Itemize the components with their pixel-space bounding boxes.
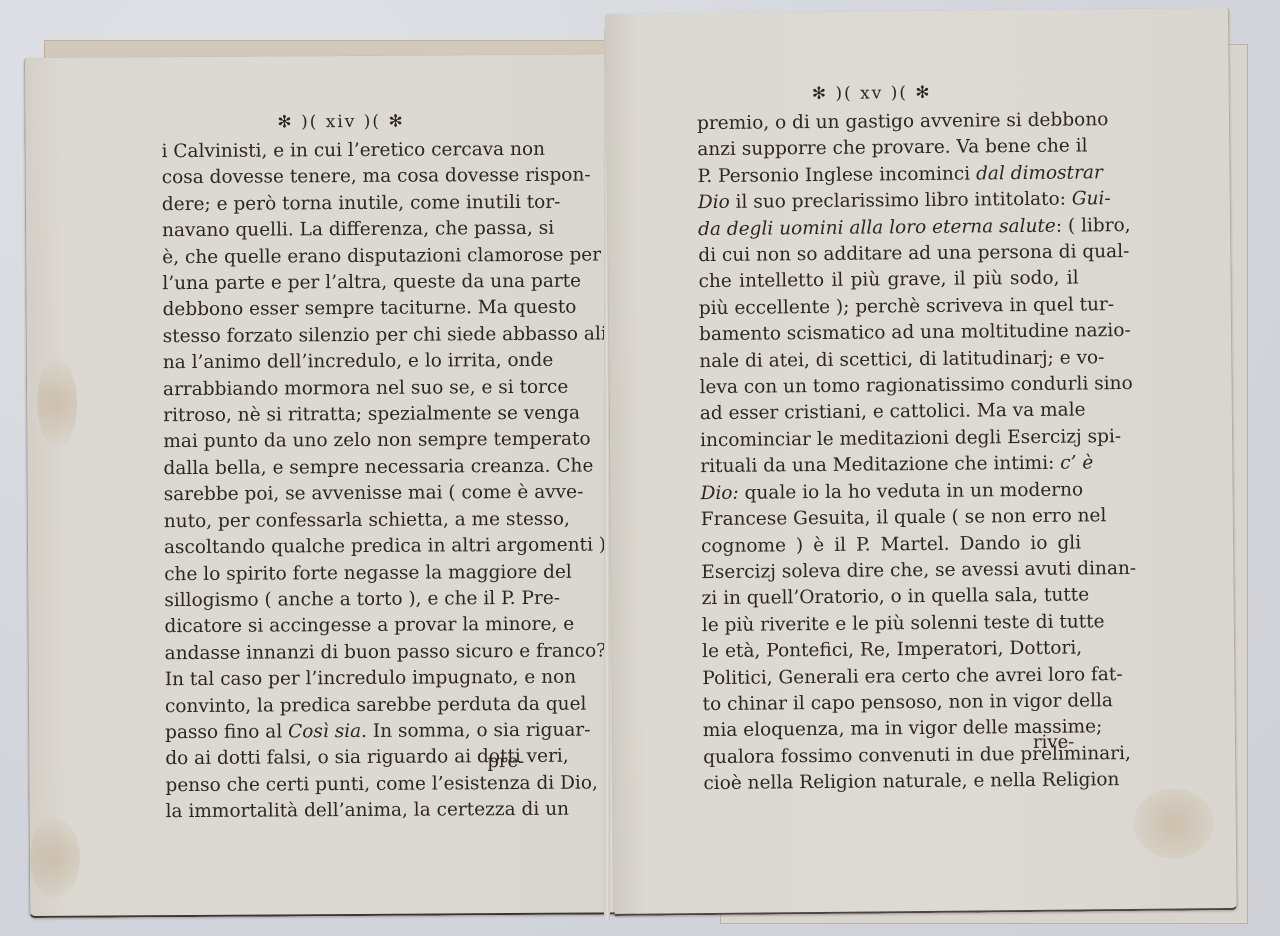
text-line: più eccellente ); perchè scriveva in que… [699,292,1079,322]
text-line: Dio: quale io la ho veduta in un moderno [700,477,1080,507]
left-page: ✻ )( xiv )( ✻ i Calvinisti, e in cui l’e… [24,54,636,918]
text-line: do ai dotti falsi, o sia riguardo ai dot… [165,744,533,773]
text-line: penso che certi punti, come l’esistenza … [165,771,533,800]
text-line: Politici, Generali era certo che avrei l… [702,662,1082,692]
text-line: che intelletto il più grave, il più sodo… [698,266,1078,296]
text-line: di cui non so additare ad una persona di… [698,240,1078,270]
text-line: nale di atei, di scettici, di latitudina… [699,345,1079,375]
text-line: mai punto da uno zelo non sempre tempera… [163,427,531,456]
right-page: ✻ )( xv )( ✻ premio, o di un gastigo avv… [606,8,1238,916]
text-line: che lo spirito forte negasse la maggiore… [164,559,532,588]
text-line: incominciar le meditazioni degli Eserciz… [700,424,1080,454]
text-line: mia eloquenza, ma in vigor delle massime… [703,715,1083,745]
text-line: premio, o di un gastigo avvenire si debb… [697,107,1077,137]
text-line: le più riverite e le più solenni teste d… [702,609,1082,639]
text-line: Dio il suo preclarissimo libro intitolat… [698,187,1078,217]
text-line: arrabbiando mormora nel suo se, e si tor… [163,375,531,404]
text-line: leva con un tomo ragionatissimo condurli… [699,372,1079,402]
text-line: navano quelli. La differenza, che passa,… [162,216,530,245]
text-line: cognome ) è il P. Martel. Dando io gli [701,530,1081,560]
text-line: le età, Pontefici, Re, Imperatori, Dotto… [702,636,1082,666]
text-line: sillogismo ( anche a torto ), e che il P… [164,586,532,615]
text-line: cosa dovesse tenere, ma cosa dovesse ris… [162,163,530,192]
text-line: na l’animo dell’incredulo, e lo irrita, … [163,348,531,377]
text-line: dalla bella, e sempre necessaria creanza… [163,454,531,483]
text-line: anzi supporre che provare. Va bene che i… [697,134,1077,164]
catchword-left: pre- [487,751,524,772]
text-line: ad esser cristiani, e cattolici. Ma va m… [700,398,1080,428]
text-line: qualora fossimo convenuti in due prelimi… [703,741,1083,771]
text-line: sarebbe poi, se avvenisse mai ( come è a… [164,480,532,509]
text-line: to chinar il capo pensoso, non in vigor … [703,688,1083,718]
text-line: dere; e però torna inutile, come inutili… [162,190,530,219]
text-line: cioè nella Religion naturale, e nella Re… [703,768,1083,798]
text-line: Francese Gesuita, il quale ( se non erro… [701,504,1081,534]
text-line: da degli uomini alla loro eterna salute:… [698,213,1078,243]
text-line: passo fino al Così sia. In somma, o sia … [165,718,533,747]
foxing-stain [37,358,78,448]
text-line: Esercizj soleva dire che, se avessi avut… [701,556,1081,586]
text-line: rituali da una Meditazione che intimi: c… [700,451,1080,481]
text-line: zi in quell’Oratorio, o in quella sala, … [701,583,1081,613]
text-line: nuto, per confessarla schietta, a me ste… [164,507,532,536]
text-line: è, che quelle erano disputazioni clamoro… [162,243,530,272]
foxing-stain [30,818,80,898]
running-head-left: ✻ )( xiv )( ✻ [277,112,404,133]
text-line: P. Personio Inglese incominci dal dimost… [697,160,1077,190]
catchword-right: rive- [1033,732,1074,753]
text-line: ascoltando qualche predica in altri argo… [164,533,532,562]
text-line: convinto, la predica sarebbe perduta da … [165,691,533,720]
text-line: stesso forzato silenzio per chi siede ab… [163,322,531,351]
text-line: la immortalità dell’anima, la certezza d… [166,797,534,826]
text-line: andasse innanzi di buon passo sicuro e f… [165,639,533,668]
text-line: i Calvinisti, e in cui l’eretico cercava… [161,137,529,166]
text-line: dicatore si accingesse a provar la minor… [164,612,532,641]
text-line: ritroso, nè si ritratta; spezialmente se… [163,401,531,430]
text-line: bamento scismatico ad una moltitudine na… [699,319,1079,349]
left-page-body: i Calvinisti, e in cui l’eretico cercava… [161,137,533,826]
right-page-body: premio, o di un gastigo avvenire si debb… [697,107,1084,797]
running-head-right: ✻ )( xv )( ✻ [812,83,932,104]
foxing-stain [1133,788,1214,859]
text-line: In tal caso per l’incredulo impugnato, e… [165,665,533,694]
text-line: debbono esser sempre taciturne. Ma quest… [162,295,530,324]
text-line: l’una parte e per l’altra, queste da una… [162,269,530,298]
